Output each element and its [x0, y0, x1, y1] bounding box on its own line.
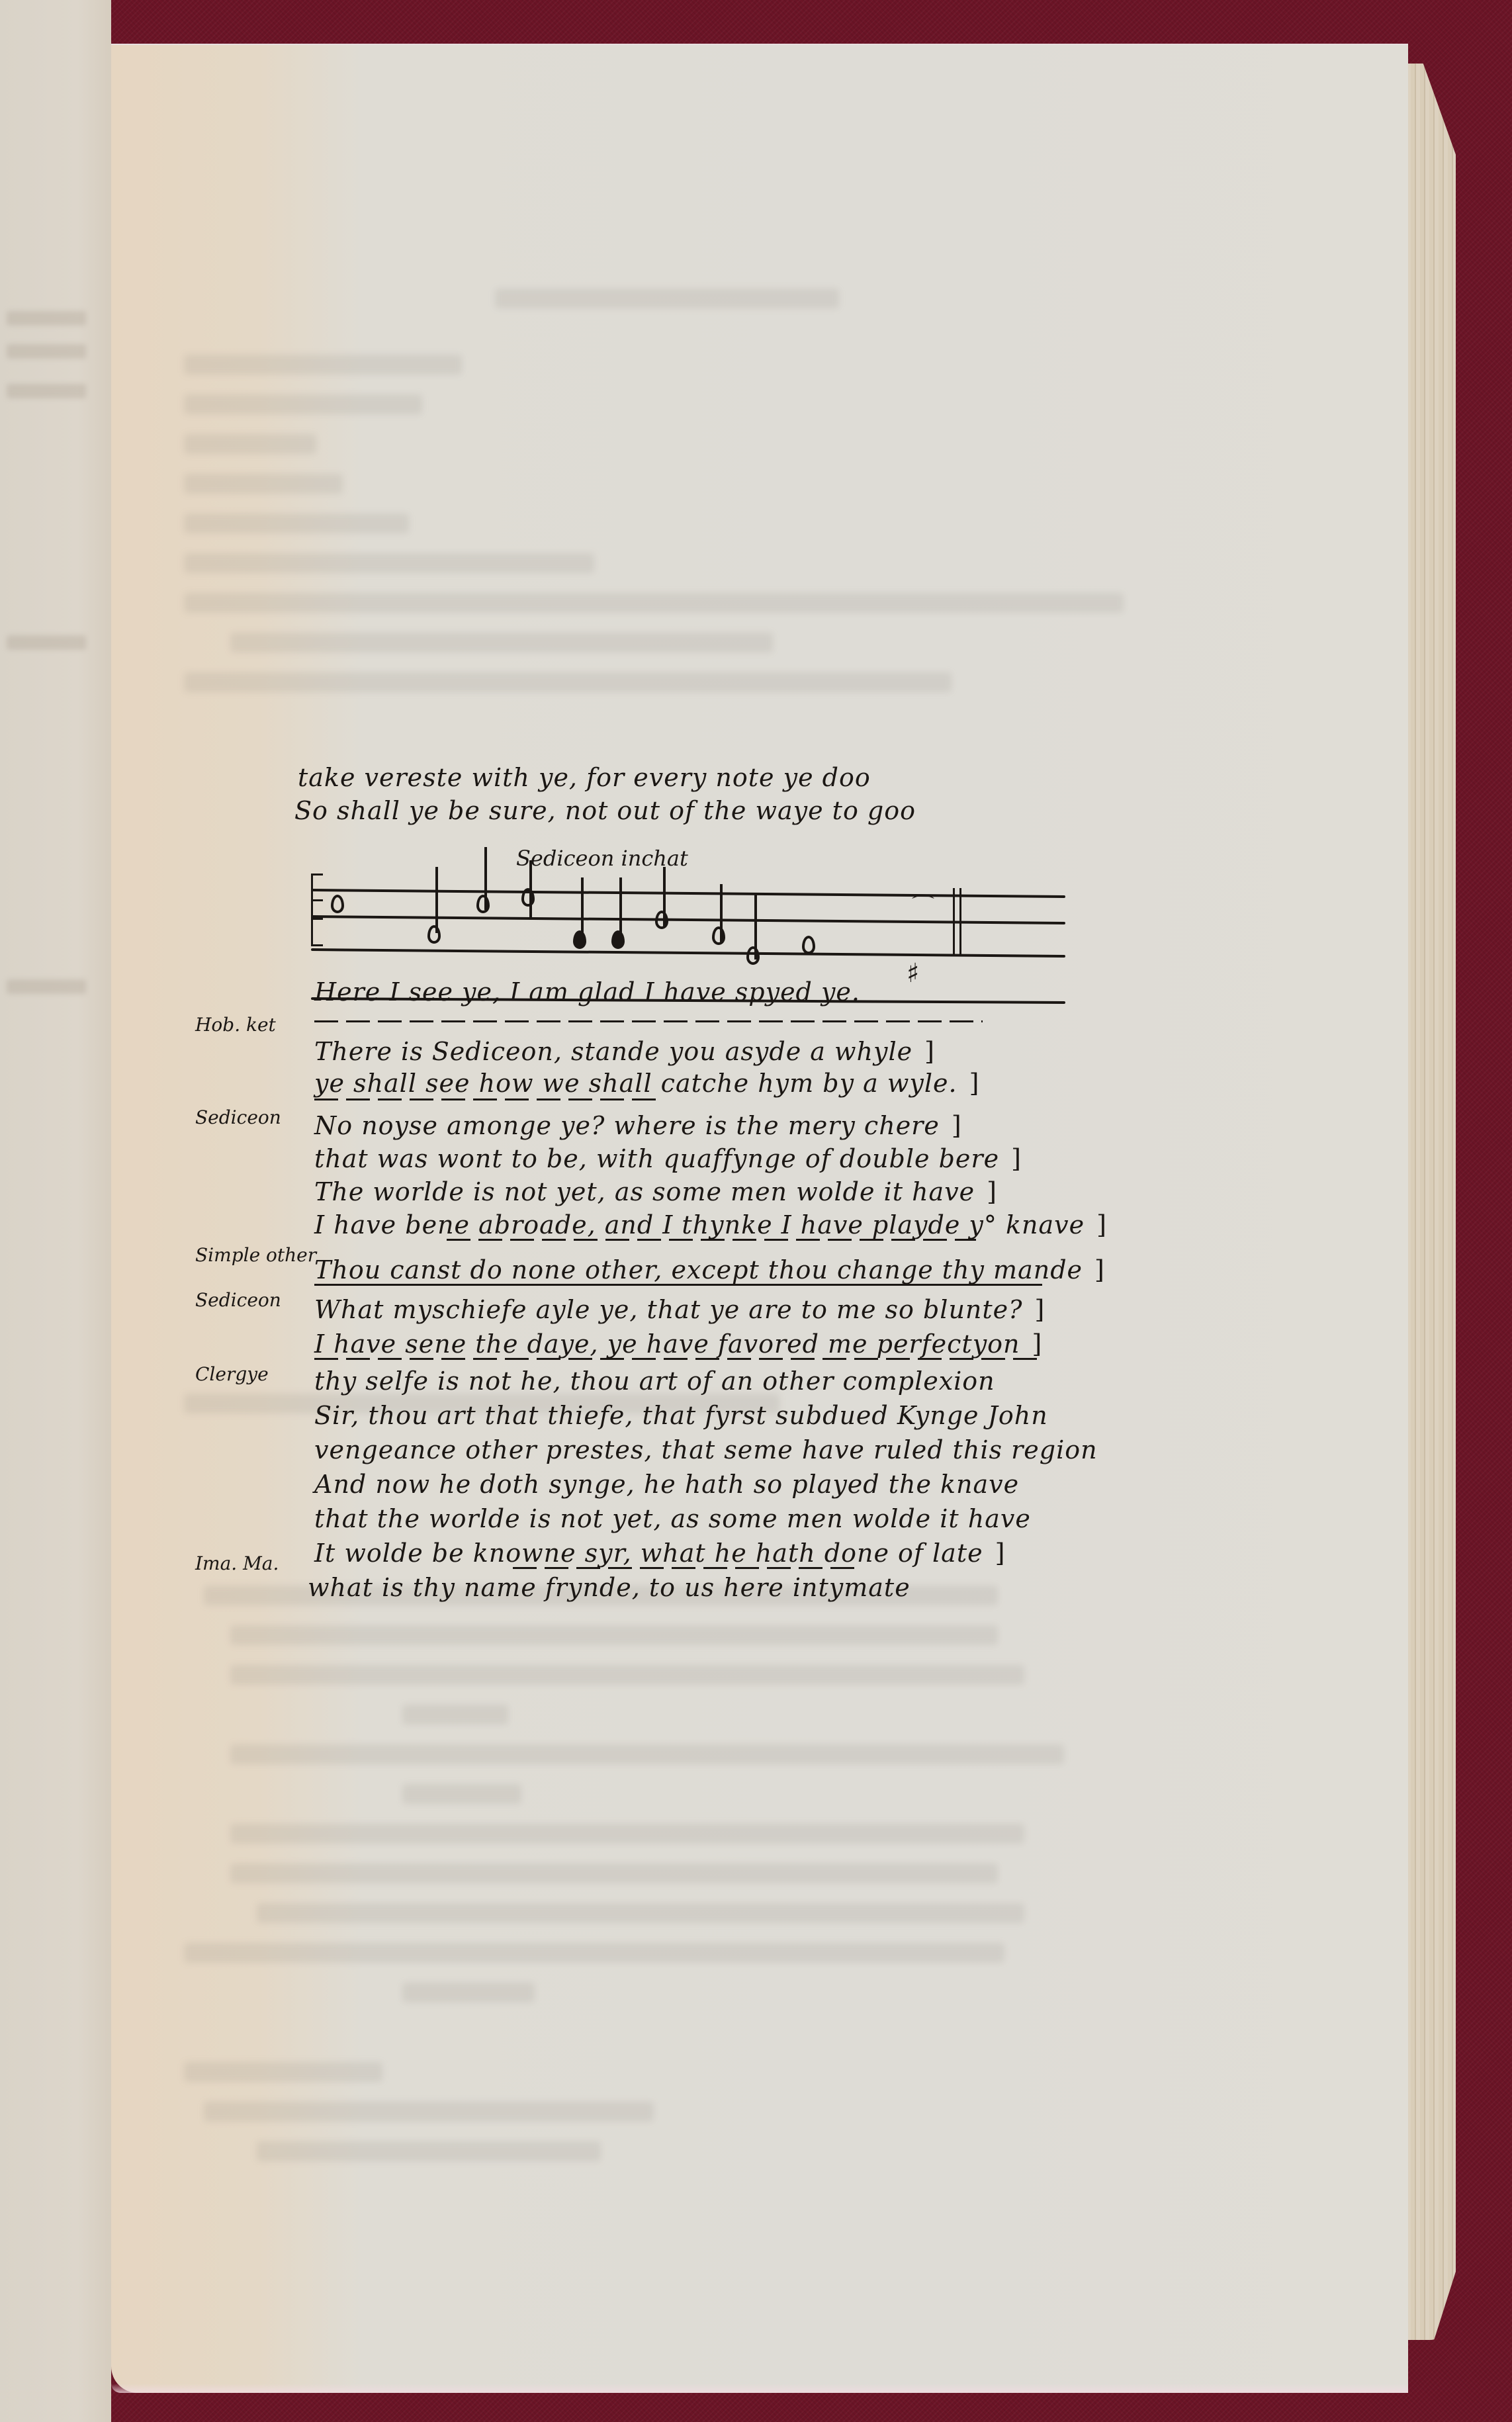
ms-line: that was wont to be, with quaffynge of d…	[314, 1146, 1022, 1171]
double-bar	[953, 888, 955, 954]
note-icon	[521, 888, 535, 907]
fermata-icon: ⌒	[912, 888, 934, 920]
ms-line: ye shall see how we shall catche hym by …	[314, 1071, 979, 1096]
ms-line: Here I see ye, I am glad I have spyed ye…	[314, 979, 860, 1005]
speaker-name: Simple other	[195, 1244, 316, 1266]
note-icon	[802, 936, 815, 954]
note-icon	[331, 895, 344, 913]
ms-line: The worlde is not yet, as some men wolde…	[314, 1179, 997, 1204]
ms-line: What myschiefe ayle ye, that ye are to m…	[314, 1297, 1045, 1322]
ms-line: I have sene the daye, ye have favored me…	[314, 1331, 1042, 1357]
note-icon	[712, 926, 725, 945]
ms-line: thy selfe is not he, thou art of an othe…	[314, 1368, 995, 1394]
note-icon	[611, 930, 625, 949]
note-icon	[746, 946, 760, 965]
speaker-name: Ima. Ma.	[195, 1552, 279, 1574]
ms-line: what is thy name frynde, to us here inty…	[308, 1575, 911, 1600]
ms-line: vengeance other prestes, that seme have …	[314, 1437, 1098, 1462]
ms-line: No noyse amonge ye? where is the mery ch…	[314, 1113, 962, 1138]
ms-line: Sir, thou art that thiefe, that fyrst su…	[314, 1403, 1048, 1428]
note-icon	[476, 895, 490, 913]
facing-page	[0, 0, 111, 2422]
note-icon	[573, 930, 586, 949]
custos-icon: ♯	[907, 958, 919, 989]
page-block-edge	[1401, 64, 1456, 2340]
ms-line: And now he doth synge, he hath so played…	[314, 1472, 1019, 1497]
opening-line-1: take vereste with ye, for every note ye …	[298, 765, 871, 790]
ms-line: I have bene abroade, and I thynke I have…	[314, 1212, 1107, 1237]
ms-line: that the worlde is not yet, as some men …	[314, 1506, 1031, 1531]
ms-line: There is Sediceon, stande you asyde a wh…	[314, 1039, 935, 1064]
speaker-name: Sediceon	[195, 1289, 281, 1311]
speaker-name: Sediceon	[195, 1106, 281, 1128]
ms-line: Thou canst do none other, except thou ch…	[314, 1257, 1105, 1282]
speaker-name: Clergye	[195, 1363, 269, 1385]
note-icon	[427, 925, 441, 944]
speaker-name: Hob. ket	[195, 1014, 276, 1036]
manuscript-facsimile: take vereste with ye, for every note ye …	[182, 748, 1161, 1595]
ms-line: It wolde be knowne syr, what he hath don…	[314, 1541, 1005, 1566]
c-clef-icon	[311, 874, 323, 946]
music-cue: Sediceon inchat	[516, 846, 688, 871]
opening-line-2: So shall ye be sure, not out of the waye…	[294, 798, 916, 823]
note-icon	[655, 911, 668, 929]
